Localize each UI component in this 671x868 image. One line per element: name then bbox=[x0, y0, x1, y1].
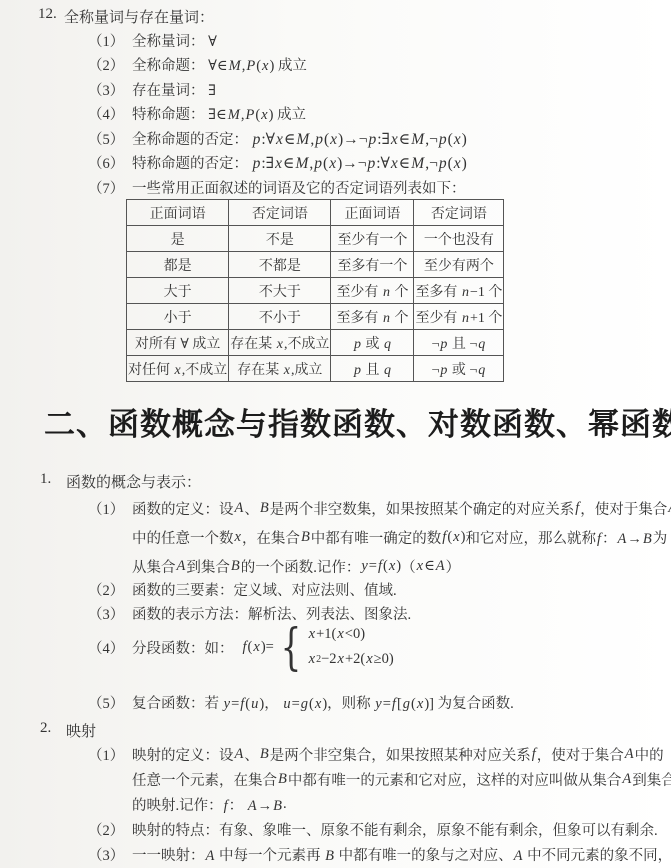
table-cell: 不是 bbox=[229, 226, 331, 252]
item-number: （1） bbox=[88, 30, 132, 51]
section2-item-1: （1） 映射的定义：设 A、B 是两个非空集合，如果按照某种对应关系 f，使对于… bbox=[88, 742, 671, 817]
item-text: 特称命题的否定： p:∃x∈M,p(x)→¬p:∀x∈M,¬p(x) bbox=[132, 152, 663, 173]
item-text: 全称量词： ∀ bbox=[132, 30, 663, 51]
piecewise-label: 分段函数：如： bbox=[132, 637, 234, 658]
table-header-cell: 正面词语 bbox=[127, 200, 229, 226]
section12-item-6: （6） 特称命题的否定： p:∃x∈M,p(x)→¬p:∀x∈M,¬p(x) bbox=[88, 151, 663, 176]
section1-number: 1. bbox=[40, 471, 66, 492]
section1-heading: 1. 函数的概念与表示： bbox=[40, 471, 201, 492]
table-cell: 不小于 bbox=[229, 304, 331, 330]
item-text: 特称命题： ∃∈M,P(x) 成立 bbox=[132, 103, 663, 124]
table-row: 小于 不小于 至多有 n 个 至少有 n+1 个 bbox=[127, 304, 504, 330]
table-cell: 至少有一个 bbox=[331, 226, 414, 252]
section12-heading: 12. 全称量词与存在量词： bbox=[38, 6, 214, 27]
section2-heading: 2. 映射 bbox=[40, 720, 96, 741]
table-header-cell: 否定词语 bbox=[229, 200, 331, 226]
section12-items: （1） 全称量词： ∀ （2） 全称命题： ∀∈M,P(x) 成立 （3） 存在… bbox=[88, 28, 663, 200]
section12-item-3: （3） 存在量词： ∃ bbox=[88, 77, 663, 102]
table-cell: 不大于 bbox=[229, 278, 331, 304]
table-row: 都是 不都是 至多有一个 至少有两个 bbox=[127, 252, 504, 278]
table-cell: 至少有两个 bbox=[414, 252, 504, 278]
table-cell: 一个也没有 bbox=[414, 226, 504, 252]
section1-item-5: （5） 复合函数：若 y=f(u)， u=g(x)，则称 y=f[g(x)] 为… bbox=[88, 690, 514, 714]
table-cell: 对任何 x,不成立 bbox=[127, 356, 229, 382]
table-row: 对任何 x,不成立 存在某 x,成立 p 且 q ¬p 或 ¬q bbox=[127, 356, 504, 382]
item-text: 复合函数：若 y=f(u)， u=g(x)，则称 y=f[g(x)] 为复合函数… bbox=[132, 692, 514, 713]
table-cell: ¬p 或 ¬q bbox=[414, 356, 504, 382]
table-cell: p 或 q bbox=[331, 330, 414, 356]
item-number: （3） bbox=[88, 79, 132, 100]
item-text: 函数的三要素：定义域、对应法则、值域. bbox=[132, 579, 397, 600]
item-number: （1） bbox=[88, 494, 132, 523]
table-cell: 至少有 n+1 个 bbox=[414, 304, 504, 330]
document-page: 12. 全称量词与存在量词： （1） 全称量词： ∀ （2） 全称命题： ∀∈M… bbox=[0, 0, 671, 868]
item-number: （4） bbox=[88, 103, 132, 124]
negation-words-table: 正面词语 否定词语 正面词语 否定词语 是 不是 至少有一个 一个也没有 都是 … bbox=[126, 199, 504, 382]
piecewise-brace: { bbox=[280, 622, 301, 672]
table-header-cell: 正面词语 bbox=[331, 200, 414, 226]
section2-number: 2. bbox=[40, 720, 66, 741]
table-cell: 存在某 x,不成立 bbox=[229, 330, 331, 356]
item-number: （3） bbox=[88, 844, 132, 865]
piecewise-function: 分段函数：如： f(x)= { x+1(x<0) x2−2x+2(x≥0) bbox=[132, 622, 394, 672]
table-row: 是 不是 至少有一个 一个也没有 bbox=[127, 226, 504, 252]
item-text: 全称命题： ∀∈M,P(x) 成立 bbox=[132, 54, 663, 75]
section2-title: 映射 bbox=[66, 720, 96, 741]
paragraph-line: 中的任意一个数 x，在集合 B 中都有唯一确定的数 f(x) 和它对应，那么就称… bbox=[132, 523, 671, 552]
item-number: （5） bbox=[88, 692, 132, 713]
section12-title: 全称量词与存在量词： bbox=[64, 6, 214, 27]
section2-item-2: （2） 映射的特点：有象、象唯一、原象不能有剩余，原象不能有剩余，但象可以有剩余… bbox=[88, 817, 658, 841]
table-cell: 都是 bbox=[127, 252, 229, 278]
section2-item-3: （3） 一一映射：A 中每一个元素再 B 中都有唯一的象与之对应、A 中不同元素… bbox=[88, 842, 671, 866]
chapter-heading: 二、函数概念与指数函数、对数函数、幂函数 bbox=[44, 399, 671, 444]
paragraph-line: 的映射.记作： f： A→B . bbox=[132, 792, 671, 817]
item-number: （2） bbox=[88, 54, 132, 75]
table-cell: 对所有 ∀ 成立 bbox=[127, 330, 229, 356]
section12-number: 12. bbox=[38, 6, 64, 27]
item-number: （1） bbox=[88, 742, 132, 767]
table-header-cell: 否定词语 bbox=[414, 200, 504, 226]
table-cell: p 且 q bbox=[331, 356, 414, 382]
section1-title: 函数的概念与表示： bbox=[66, 471, 201, 492]
item-text: 存在量词： ∃ bbox=[132, 79, 663, 100]
table-cell: 至多有一个 bbox=[331, 252, 414, 278]
table-cell: 是 bbox=[127, 226, 229, 252]
paragraph-line: 函数的定义：设 A、B 是两个非空数集，如果按照某个确定的对应关系 f，使对于集… bbox=[132, 494, 671, 523]
item-text: 函数的定义：设 A、B 是两个非空数集，如果按照某个确定的对应关系 f，使对于集… bbox=[132, 494, 671, 581]
table-cell: 小于 bbox=[127, 304, 229, 330]
table-cell: 至多有 n 个 bbox=[331, 304, 414, 330]
piecewise-cases: x+1(x<0) x2−2x+2(x≥0) bbox=[308, 622, 394, 672]
piecewise-case-2: x2−2x+2(x≥0) bbox=[308, 647, 394, 672]
item-number: （2） bbox=[88, 819, 132, 840]
table-row: 对所有 ∀ 成立 存在某 x,不成立 p 或 q ¬p 且 ¬q bbox=[127, 330, 504, 356]
table-header-row: 正面词语 否定词语 正面词语 否定词语 bbox=[127, 200, 504, 226]
paragraph-line: 映射的定义：设 A、B 是两个非空集合，如果按照某种对应关系 f，使对于集合 A… bbox=[132, 742, 671, 767]
table-cell: 存在某 x,成立 bbox=[229, 356, 331, 382]
paragraph-line: 任意一个元素，在集合 B 中都有唯一的元素和它对应，这样的对应叫做从集合 A 到… bbox=[132, 767, 671, 792]
item-number: （4） bbox=[88, 637, 132, 658]
item-number: （7） bbox=[88, 177, 132, 198]
piecewise-case-1: x+1(x<0) bbox=[308, 622, 394, 647]
section12-item-2: （2） 全称命题： ∀∈M,P(x) 成立 bbox=[88, 53, 663, 78]
item-number: （6） bbox=[88, 152, 132, 173]
item-number: （2） bbox=[88, 579, 132, 600]
section12-item-4: （4） 特称命题： ∃∈M,P(x) 成立 bbox=[88, 102, 663, 127]
item-text: 映射的定义：设 A、B 是两个非空集合，如果按照某种对应关系 f，使对于集合 A… bbox=[132, 742, 671, 817]
table-cell: ¬p 且 ¬q bbox=[414, 330, 504, 356]
section12-item-1: （1） 全称量词： ∀ bbox=[88, 28, 663, 53]
section12-item-7: （7） 一些常用正面叙述的词语及它的否定词语列表如下： bbox=[88, 175, 663, 200]
item-text: 一一映射：A 中每一个元素再 B 中都有唯一的象与之对应、A 中不同元素的象不同… bbox=[132, 844, 671, 865]
item-text: 映射的特点：有象、象唯一、原象不能有剩余，原象不能有剩余，但象可以有剩余. bbox=[132, 819, 658, 840]
table-row: 大于 不大于 至少有 n 个 至多有 n−1 个 bbox=[127, 278, 504, 304]
item-text: 全称命题的否定： p:∀x∈M,p(x)→¬p:∃x∈M,¬p(x) bbox=[132, 128, 663, 149]
section12-item-5: （5） 全称命题的否定： p:∀x∈M,p(x)→¬p:∃x∈M,¬p(x) bbox=[88, 126, 663, 151]
table-cell: 至少有 n 个 bbox=[331, 278, 414, 304]
item-text: 一些常用正面叙述的词语及它的否定词语列表如下： bbox=[132, 177, 663, 198]
piecewise-fx: f(x)= bbox=[242, 639, 274, 656]
section1-item-2: （2） 函数的三要素：定义域、对应法则、值域. bbox=[88, 577, 397, 601]
section1-item-1: （1） 函数的定义：设 A、B 是两个非空数集，如果按照某个确定的对应关系 f，… bbox=[88, 494, 671, 581]
table-cell: 至多有 n−1 个 bbox=[414, 278, 504, 304]
table-cell: 大于 bbox=[127, 278, 229, 304]
section1-item-4: （4） 分段函数：如： f(x)= { x+1(x<0) x2−2x+2(x≥0… bbox=[88, 618, 394, 676]
table-cell: 不都是 bbox=[229, 252, 331, 278]
item-number: （5） bbox=[88, 128, 132, 149]
